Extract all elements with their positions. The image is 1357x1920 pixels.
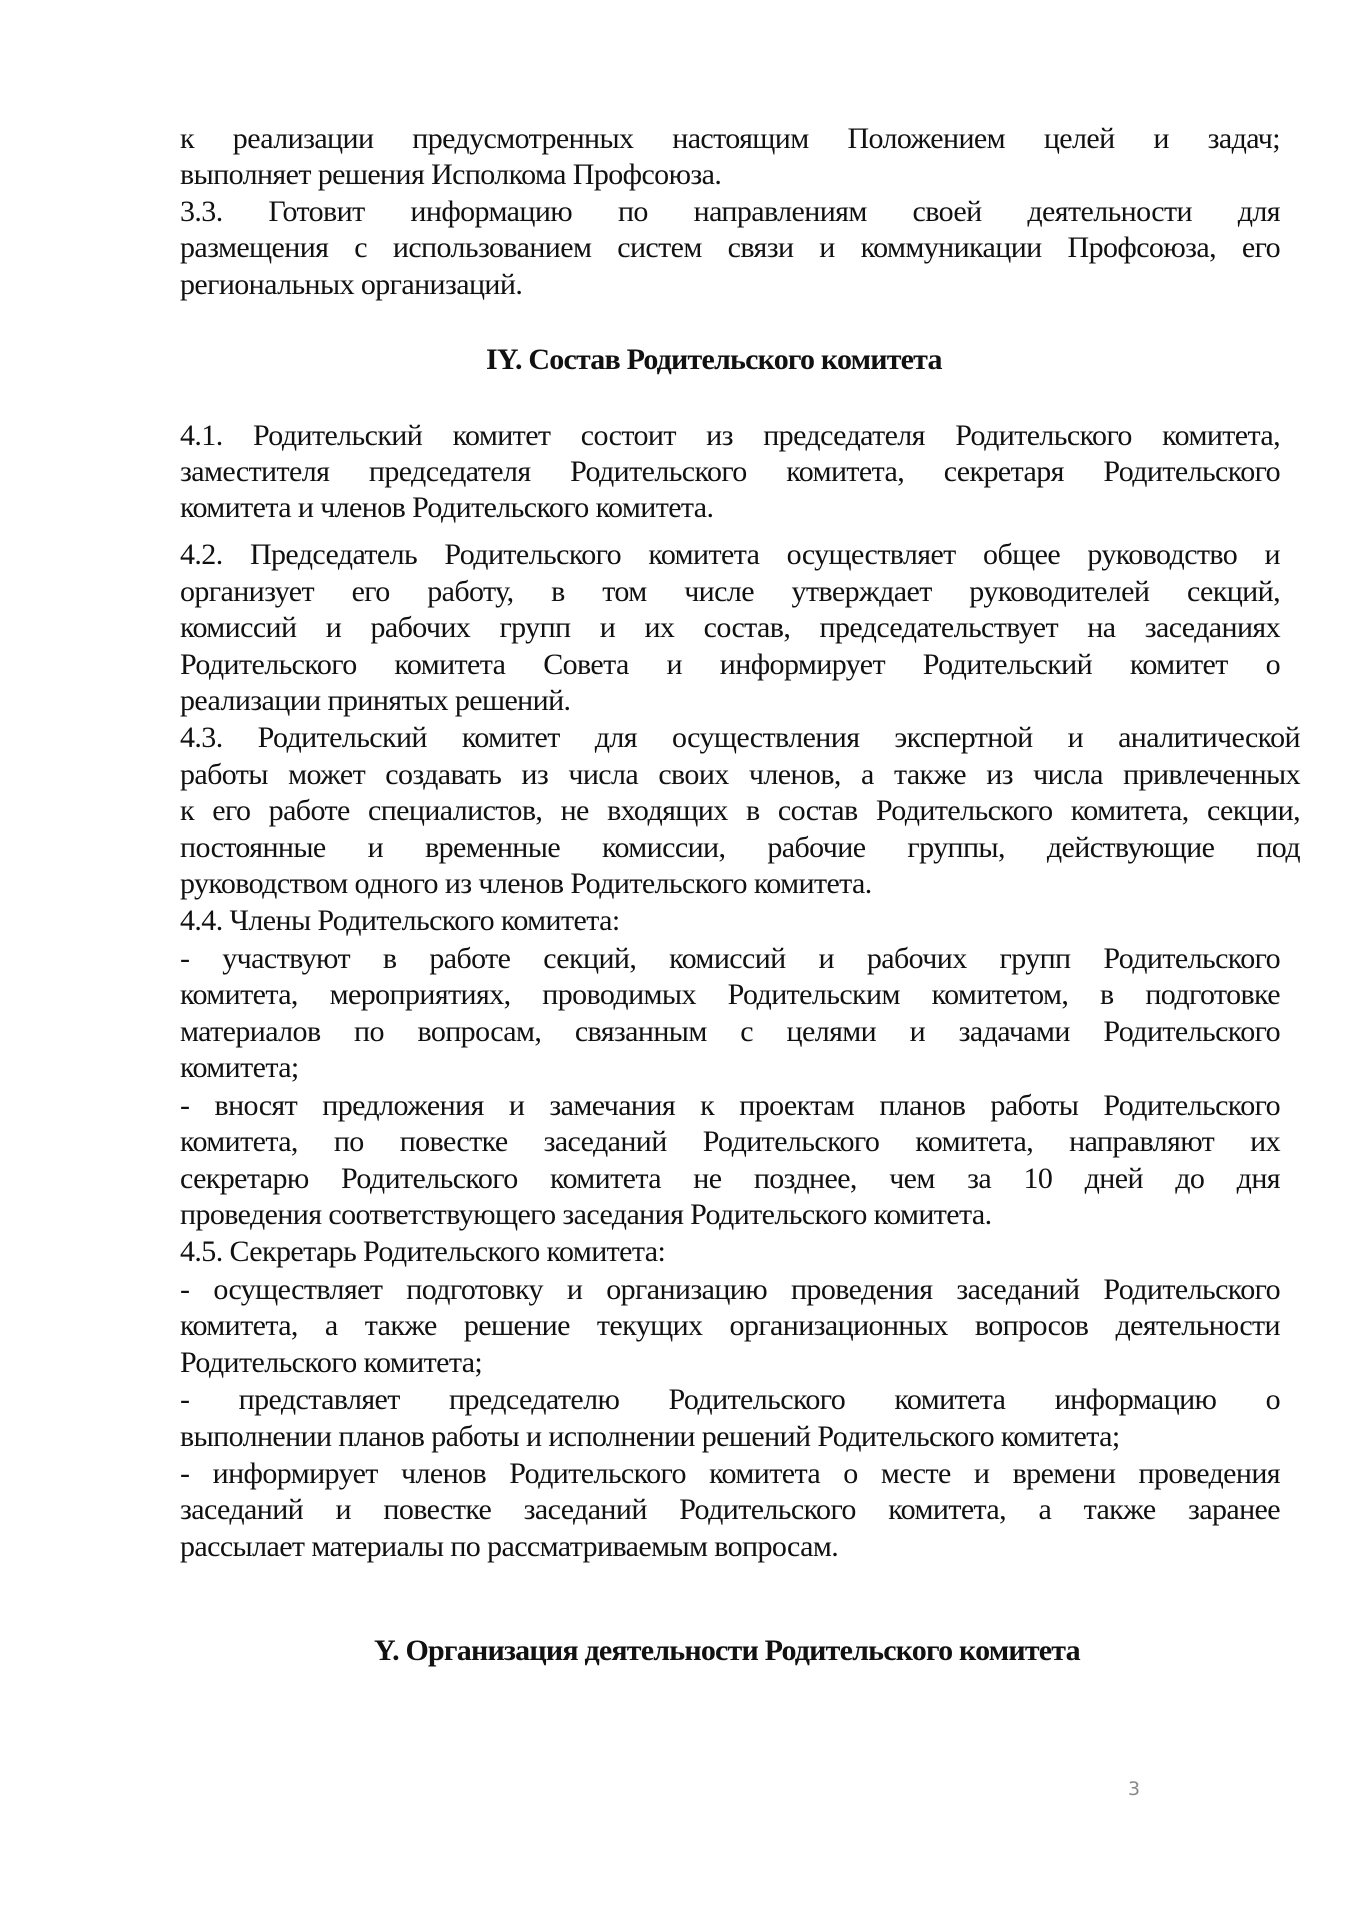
list-item-line: - осуществляет подготовку и организацию … (180, 1272, 1280, 1308)
list-item-line: - информирует членов Родительского комит… (180, 1456, 1280, 1492)
text-line: заместителя председателя Родительского к… (180, 454, 1280, 490)
list-item-line: проведения соответствующего заседания Ро… (180, 1197, 1280, 1233)
list-item-line: комитета, по повестке заседаний Родитель… (180, 1124, 1280, 1160)
text-line: реализации принятых решений. (180, 683, 1280, 719)
paragraph-title: 4.4. Члены Родительского комитета: (180, 903, 1280, 939)
paragraph-3-3-line: 3.3. Готовит информацию по направлениям … (180, 194, 1280, 230)
text-line: руководством одного из членов Родительск… (180, 866, 1280, 902)
text-line: к его работе специалистов, не входящих в… (180, 793, 1300, 829)
list-item-line: секретарю Родительского комитета не позд… (180, 1161, 1280, 1197)
list-item-line: рассылает материалы по рассматриваемым в… (180, 1529, 1280, 1565)
text-line: работы может создавать из числа своих чл… (180, 757, 1300, 793)
text-line: размещения с использованием систем связи… (180, 230, 1280, 266)
text-line: комиссий и рабочих групп и их состав, пр… (180, 610, 1280, 646)
list-item-line: комитета, а также решение текущих органи… (180, 1308, 1280, 1344)
section-5-heading: Y. Организация деятельности Родительског… (374, 1633, 1080, 1669)
list-item-line: - участвуют в работе секций, комиссий и … (180, 941, 1280, 977)
list-item-line: материалов по вопросам, связанным с целя… (180, 1014, 1280, 1050)
text-line: 4.1. Родительский комитет состоит из пре… (180, 418, 1280, 454)
text-line: организует его работу, в том числе утвер… (180, 574, 1280, 610)
text-line: комитета и членов Родительского комитета… (180, 490, 1280, 526)
list-item-line: комитета, мероприятиях, проводимых Родит… (180, 977, 1280, 1013)
page-number: 3 (1128, 1778, 1140, 1800)
text-line: постоянные и временные комиссии, рабочие… (180, 830, 1300, 866)
section-4-heading: IY. Состав Родительского комитета (486, 342, 942, 378)
list-item-line: выполнении планов работы и исполнении ре… (180, 1419, 1280, 1455)
list-item-line: - представляет председателю Родительског… (180, 1382, 1280, 1418)
text-line: выполняет решения Исполкома Профсоюза. (180, 157, 1280, 193)
text-line: Родительского комитета Совета и информир… (180, 647, 1280, 683)
text-line: к реализации предусмотренных настоящим П… (180, 121, 1280, 157)
text-line: региональных организаций. (180, 267, 1280, 303)
list-item-line: комитета; (180, 1050, 1280, 1086)
paragraph-title: 4.5. Секретарь Родительского комитета: (180, 1234, 1280, 1270)
list-item-line: Родительского комитета; (180, 1345, 1280, 1381)
text-line: 4.3. Родительский комитет для осуществле… (180, 720, 1300, 756)
list-item-line: заседаний и повестке заседаний Родительс… (180, 1492, 1280, 1528)
list-item-line: - вносят предложения и замечания к проек… (180, 1088, 1280, 1124)
text-line: 4.2. Председатель Родительского комитета… (180, 537, 1280, 573)
